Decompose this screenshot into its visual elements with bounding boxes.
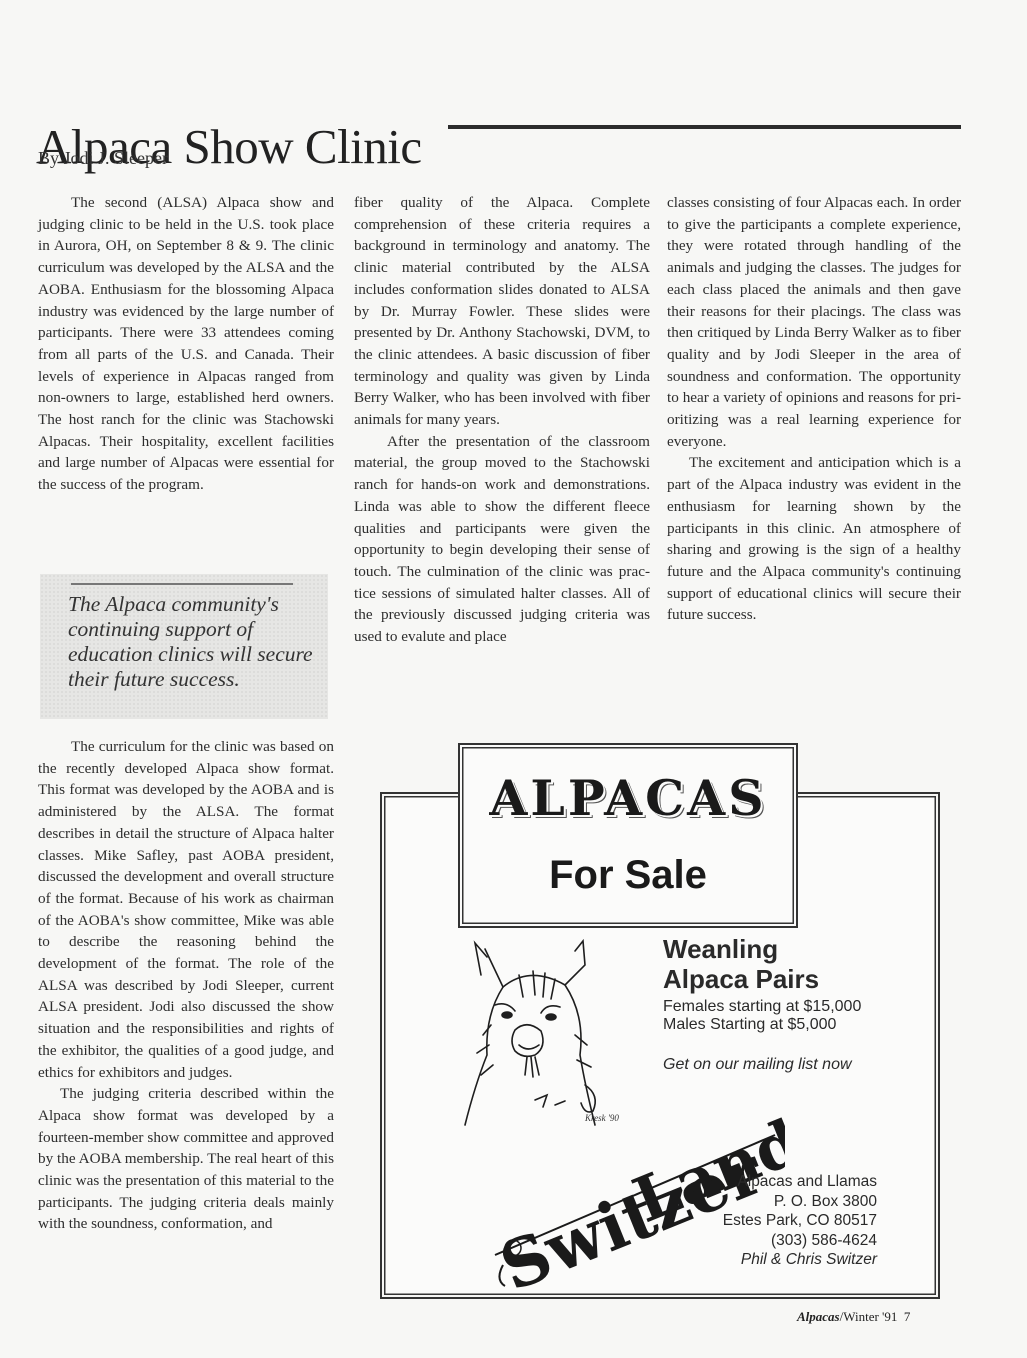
- ad-tagline: Alpacas and Llamas: [723, 1172, 877, 1192]
- ad-offer-line-1: Weanling: [663, 934, 819, 964]
- page-footer: Alpacas/Winter '91 7: [797, 1309, 910, 1325]
- ad-price-females: Females starting at $15,000: [663, 998, 861, 1016]
- paragraph-conclusion: The excitement and anticipation which is…: [667, 452, 961, 626]
- ad-phone: (303) 586-4624: [723, 1231, 877, 1251]
- pull-quote-text: The Alpaca community's continuing suppor…: [68, 592, 318, 692]
- ad-offer-line-2: Alpaca Pairs: [663, 964, 819, 994]
- footer-page-number: 7: [904, 1309, 911, 1324]
- column-2: fiber quality of the Alpaca. Complete co…: [354, 192, 650, 648]
- paragraph-intro: The second (ALSA) Alpaca show and judgin…: [38, 192, 334, 496]
- ad-subheadline: For Sale: [460, 853, 796, 898]
- pull-quote-box: The Alpaca community's continuing suppor…: [40, 574, 328, 719]
- paragraph-ranch-demo: After the presentation of the class­room…: [354, 431, 650, 648]
- ad-owners: Phil & Chris Switzer: [723, 1250, 877, 1270]
- column-1-top: The second (ALSA) Alpaca show and judgin…: [38, 192, 334, 496]
- ad-headline: ALPACAS: [460, 769, 796, 827]
- footer-issue: /Winter '91: [840, 1309, 898, 1324]
- paragraph-fiber-quality: fiber quality of the Alpaca. Complete co…: [354, 192, 650, 431]
- ad-price-males: Males Starting at $5,000: [663, 1016, 836, 1034]
- paragraph-curriculum: The curriculum for the clinic was based …: [38, 736, 334, 1083]
- pull-quote-rule: [71, 583, 293, 585]
- ad-contact-block: Alpacas and Llamas P. O. Box 3800 Estes …: [723, 1172, 877, 1270]
- paragraph-judging-criteria: The judging criteria described within th…: [38, 1083, 334, 1235]
- ad-offer-title: Weanling Alpaca Pairs: [663, 934, 819, 994]
- column-1-bottom: The curriculum for the clinic was based …: [38, 736, 334, 1235]
- ad-po-box: P. O. Box 3800: [723, 1192, 877, 1212]
- footer-magazine: Alpacas: [797, 1309, 840, 1324]
- byline: By Jodi J. Sleeper: [38, 148, 168, 169]
- ad-city: Estes Park, CO 80517: [723, 1211, 877, 1231]
- ad-call-to-action: Get on our mailing list now: [663, 1056, 852, 1074]
- title-rule-divider: [448, 125, 961, 129]
- ad-headline-box: ALPACAS For Sale: [458, 743, 798, 928]
- column-3: classes consisting of four Alpacas each.…: [667, 192, 961, 626]
- paragraph-classes: classes consisting of four Alpacas each.…: [667, 192, 961, 452]
